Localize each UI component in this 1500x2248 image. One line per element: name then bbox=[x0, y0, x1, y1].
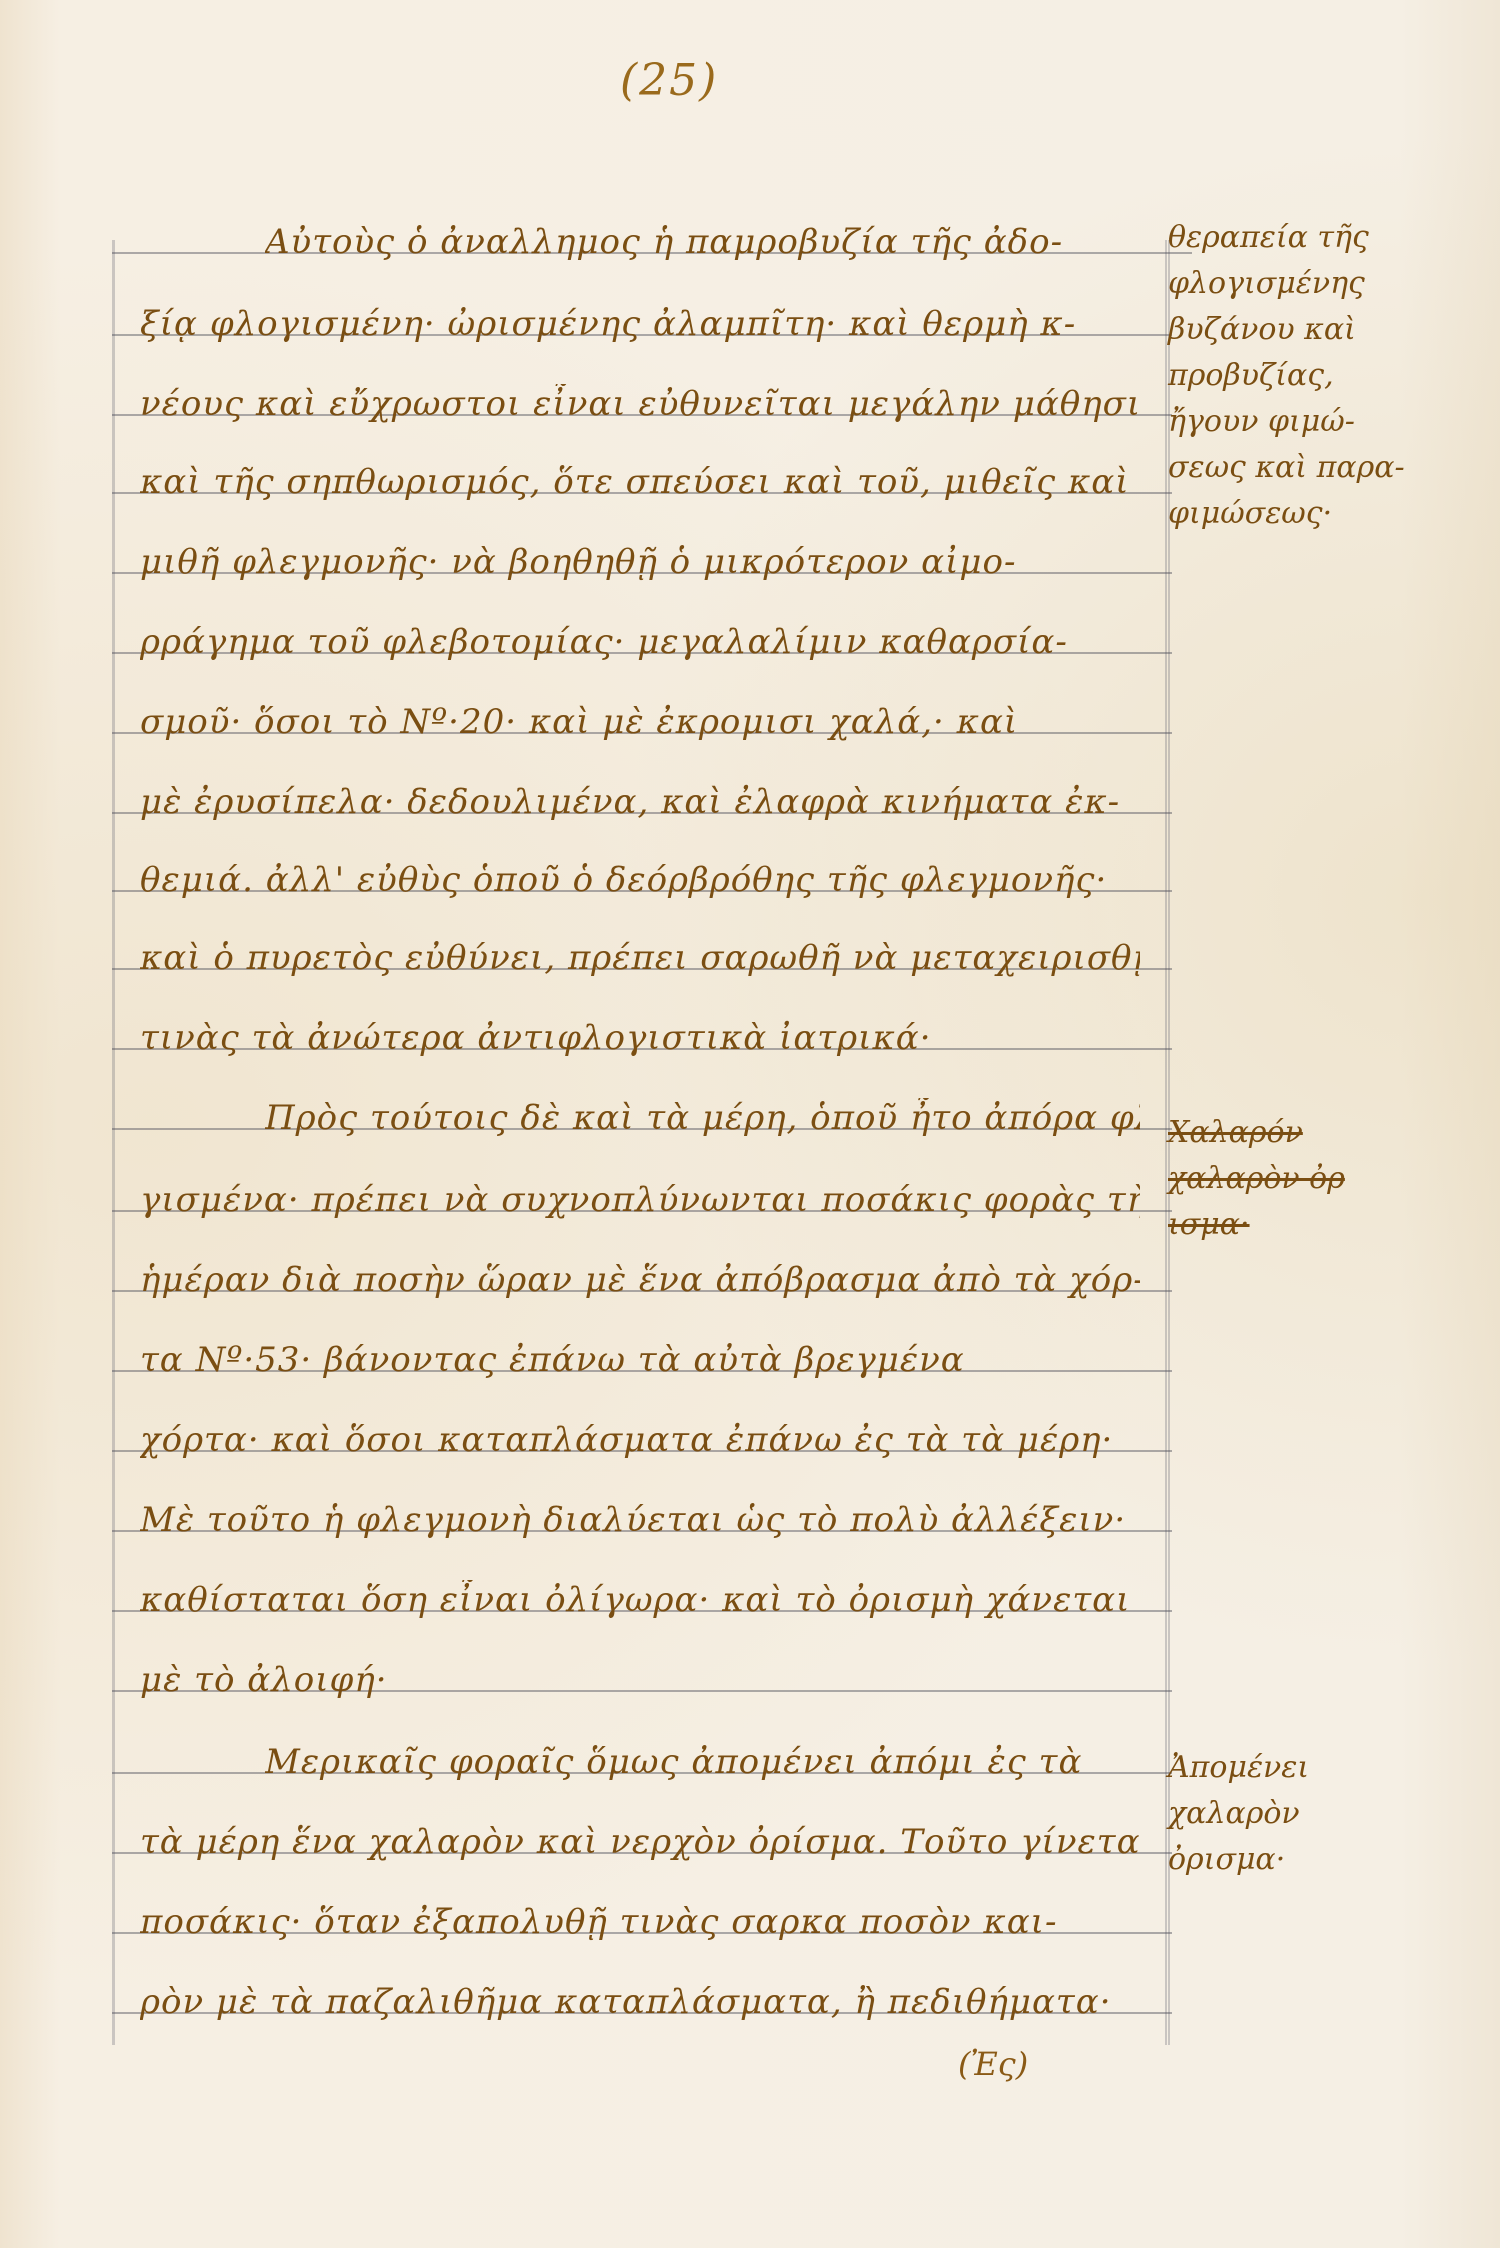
text-line: μὲ τὸ ἀλοιφή· bbox=[140, 1660, 1140, 1700]
manuscript-page: (25) Αὐτοὺς ὁ ἀναλλημος ἡ παμροβυζία τῆς… bbox=[0, 0, 1500, 2248]
text-line: σμοῦ· ὅσοι τὸ Nº·20· καὶ μὲ ἐκρομισι χαλ… bbox=[140, 702, 1140, 742]
text-line: μὲ ἐρυσίπελα· δεδουλιμένα, καὶ ἐλαφρὰ κι… bbox=[140, 782, 1140, 822]
text-line: μιθῆ φλεγμονῆς· νὰ βοηθηθῇ ὁ μικρότερον … bbox=[140, 542, 1140, 582]
text-line: ξίᾳ φλογισμένη· ὠρισμένης ἀλαμπῖτη· καὶ … bbox=[140, 304, 1140, 344]
margin-note-remaining-swelling: Ἀπομένει χαλαρὸν ὀρισμα· bbox=[1168, 1745, 1478, 1883]
text-line: Μερικαῖς φοραῖς ὅμως ἀπομένει ἀπόμι ἐς τ… bbox=[265, 1742, 1140, 1782]
text-line: Πρὸς τούτοις δὲ καὶ τὰ μέρη, ὁποῦ ἦτο ἀπ… bbox=[265, 1098, 1140, 1138]
text-line: καὶ τῆς σηπθωρισμός, ὅτε σπεύσει καὶ τοῦ… bbox=[140, 462, 1140, 502]
text-line: τα Nº·53· βάνοντας ἐπάνω τὰ αὐτὰ βρεγμέν… bbox=[140, 1340, 1140, 1380]
page-number: (25) bbox=[620, 55, 718, 106]
text-line: Μὲ τοῦτο ἡ φλεγμονὴ διαλύεται ὡς τὸ πολὺ… bbox=[140, 1500, 1140, 1540]
text-line: καὶ ὁ πυρετὸς εὐθύνει, πρέπει σαρωθῆ νὰ … bbox=[140, 938, 1140, 978]
text-line: Αὐτοὺς ὁ ἀναλλημος ἡ παμροβυζία τῆς ἀδο- bbox=[265, 222, 1140, 262]
text-line: καθίσταται ὅση εἶναι ὀλίγωρα· καὶ τὸ ὀρι… bbox=[140, 1580, 1140, 1620]
text-line: γισμένα· πρέπει νὰ συχνοπλύνωνται ποσάκι… bbox=[140, 1180, 1140, 1220]
catchword: (Ἐς) bbox=[958, 2045, 1028, 2083]
text-line: ρὸν μὲ τὰ παζαλιθῆμα καταπλάσματα, ἢ πεδ… bbox=[140, 1982, 1140, 2022]
margin-note-struck: Χαλαρόν χαλαρὸν ὀρ ισμα· bbox=[1168, 1110, 1478, 1248]
text-line: τὰ μέρη ἕνα χαλαρὸν καὶ νερχὸν ὀρίσμα. Τ… bbox=[140, 1822, 1140, 1862]
text-line: τινὰς τὰ ἀνώτερα ἀντιφλογιστικὰ ἰατρικά· bbox=[140, 1018, 1140, 1058]
text-line: ρράγημα τοῦ φλεβοτομίας· μεγαλαλίμιν καθ… bbox=[140, 622, 1140, 662]
text-line: χόρτα· καὶ ὅσοι καταπλάσματα ἐπάνω ἐς τὰ… bbox=[140, 1420, 1140, 1460]
text-line: νέους καὶ εὔχρωστοι εἶναι εὐθυνεῖται μεγ… bbox=[140, 384, 1140, 424]
text-line: ἡμέραν διὰ ποσὴν ὥραν μὲ ἕνα ἀπόβρασμα ἀ… bbox=[140, 1260, 1140, 1300]
text-line: ποσάκις· ὅταν ἐξαπολυθῇ τινὰς σαρκα ποσὸ… bbox=[140, 1902, 1140, 1942]
margin-note-treatment: θεραπεία τῆς φλογισμένης βυζάνου καὶ προ… bbox=[1168, 215, 1478, 537]
text-line: θεμιά. ἀλλ' εὐθὺς ὁποῦ ὁ δεόρβρόθης τῆς … bbox=[140, 860, 1140, 900]
